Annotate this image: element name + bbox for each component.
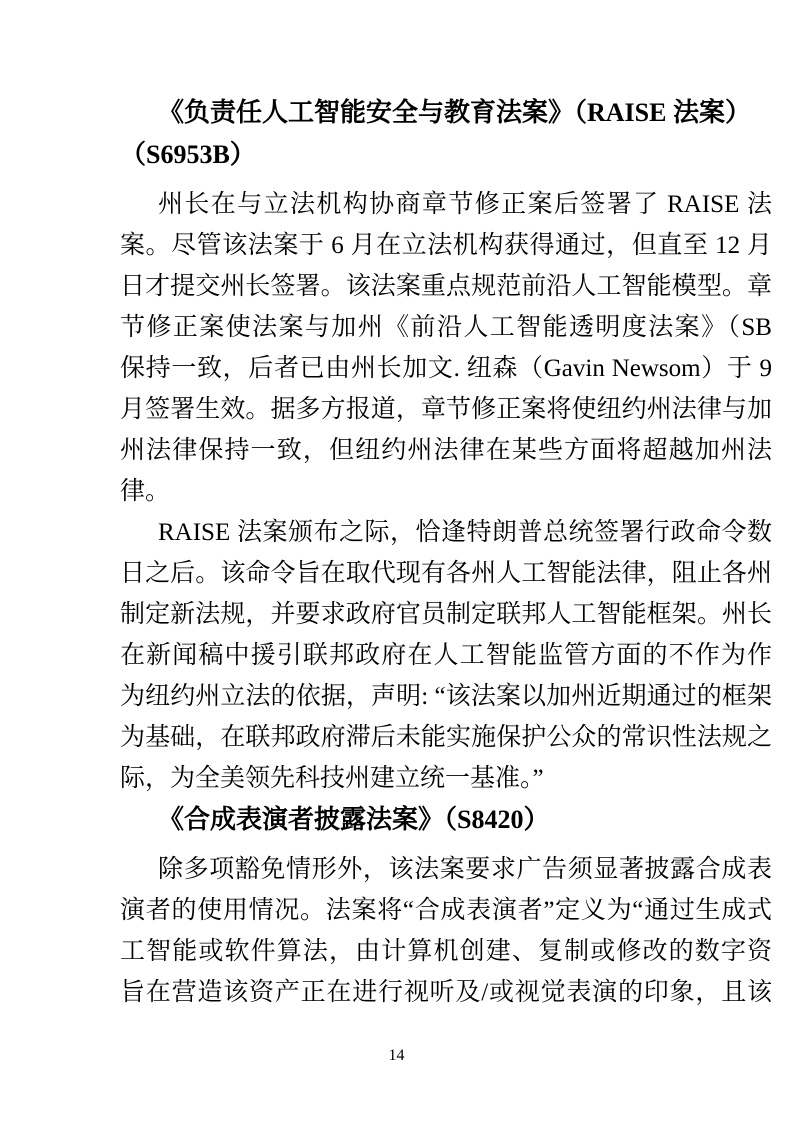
document-page: 《负责任人工智能安全与教育法案》（RAISE 法案）（S6953B）州长在与立法…	[0, 0, 793, 1122]
para-raise-signing-line-4: 节修正案使法案与加州《前沿人工智能透明度法案》（SB 53）	[120, 307, 772, 348]
heading-raise-act-line-1: 《负责任人工智能安全与教育法案》（RAISE 法案）	[120, 92, 772, 134]
para-raise-signing-line-6: 月签署生效。据多方报道，章节修正案将使纽约州法律与加	[120, 389, 772, 430]
para-raise-context-line-1: RAISE 法案颁布之际，恰逢特朗普总统签署行政命令数	[120, 512, 772, 553]
document-body: 《负责任人工智能安全与教育法案》（RAISE 法案）（S6953B）州长在与立法…	[120, 92, 772, 1013]
para-raise-context: RAISE 法案颁布之际，恰逢特朗普总统签署行政命令数日之后。该命令旨在取代现有…	[120, 512, 772, 799]
heading-synthetic-performers-line-1: 《合成表演者披露法案》（S8420）	[120, 799, 772, 841]
para-synthetic-performers-line-1: 除多项豁免情形外，该法案要求广告须显著披露合成表	[120, 849, 772, 890]
heading-raise-act: 《负责任人工智能安全与教育法案》（RAISE 法案）（S6953B）	[120, 92, 772, 176]
para-raise-signing-line-2: 案。尽管该法案于 6 月在立法机构获得通过，但直至 12 月 9	[120, 225, 772, 266]
para-raise-context-line-2: 日之后。该命令旨在取代现有各州人工智能法律，阻止各州	[120, 553, 772, 594]
page-number: 14	[0, 1046, 793, 1066]
para-synthetic-performers-line-3: 工智能或软件算法，由计算机创建、复制或修改的数字资产，	[120, 931, 772, 972]
para-synthetic-performers-line-4: 旨在营造该资产正在进行视听及/或视觉表演的印象，且该表	[120, 972, 772, 1013]
para-raise-signing: 州长在与立法机构协商章节修正案后签署了 RAISE 法案。尽管该法案于 6 月在…	[120, 184, 772, 512]
para-raise-context-line-7: 际，为全美领先科技州建立统一基准。”	[120, 758, 772, 799]
para-raise-signing-line-3: 日才提交州长签署。该法案重点规范前沿人工智能模型。章	[120, 266, 772, 307]
para-synthetic-performers-line-2: 演者的使用情况。法案将“合成表演者”定义为“通过生成式人	[120, 890, 772, 931]
heading-synthetic-performers: 《合成表演者披露法案》（S8420）	[120, 799, 772, 841]
para-raise-signing-line-5: 保持一致，后者已由州长加文. 纽森（Gavin Newsom）于 9	[120, 348, 772, 389]
para-raise-signing-line-1: 州长在与立法机构协商章节修正案后签署了 RAISE 法	[120, 184, 772, 225]
para-raise-signing-line-8: 律。	[120, 471, 772, 512]
para-raise-context-line-6: 为基础，在联邦政府滞后未能实施保护公众的常识性法规之	[120, 717, 772, 758]
para-raise-context-line-5: 为纽约州立法的依据，声明: “该法案以加州近期通过的框架	[120, 676, 772, 717]
para-synthetic-performers: 除多项豁免情形外，该法案要求广告须显著披露合成表演者的使用情况。法案将“合成表演…	[120, 849, 772, 1013]
para-raise-context-line-4: 在新闻稿中援引联邦政府在人工智能监管方面的不作为作	[120, 635, 772, 676]
para-raise-signing-line-7: 州法律保持一致，但纽约州法律在某些方面将超越加州法	[120, 430, 772, 471]
heading-raise-act-line-2: （S6953B）	[120, 134, 772, 176]
para-raise-context-line-3: 制定新法规，并要求政府官员制定联邦人工智能框架。州长	[120, 594, 772, 635]
